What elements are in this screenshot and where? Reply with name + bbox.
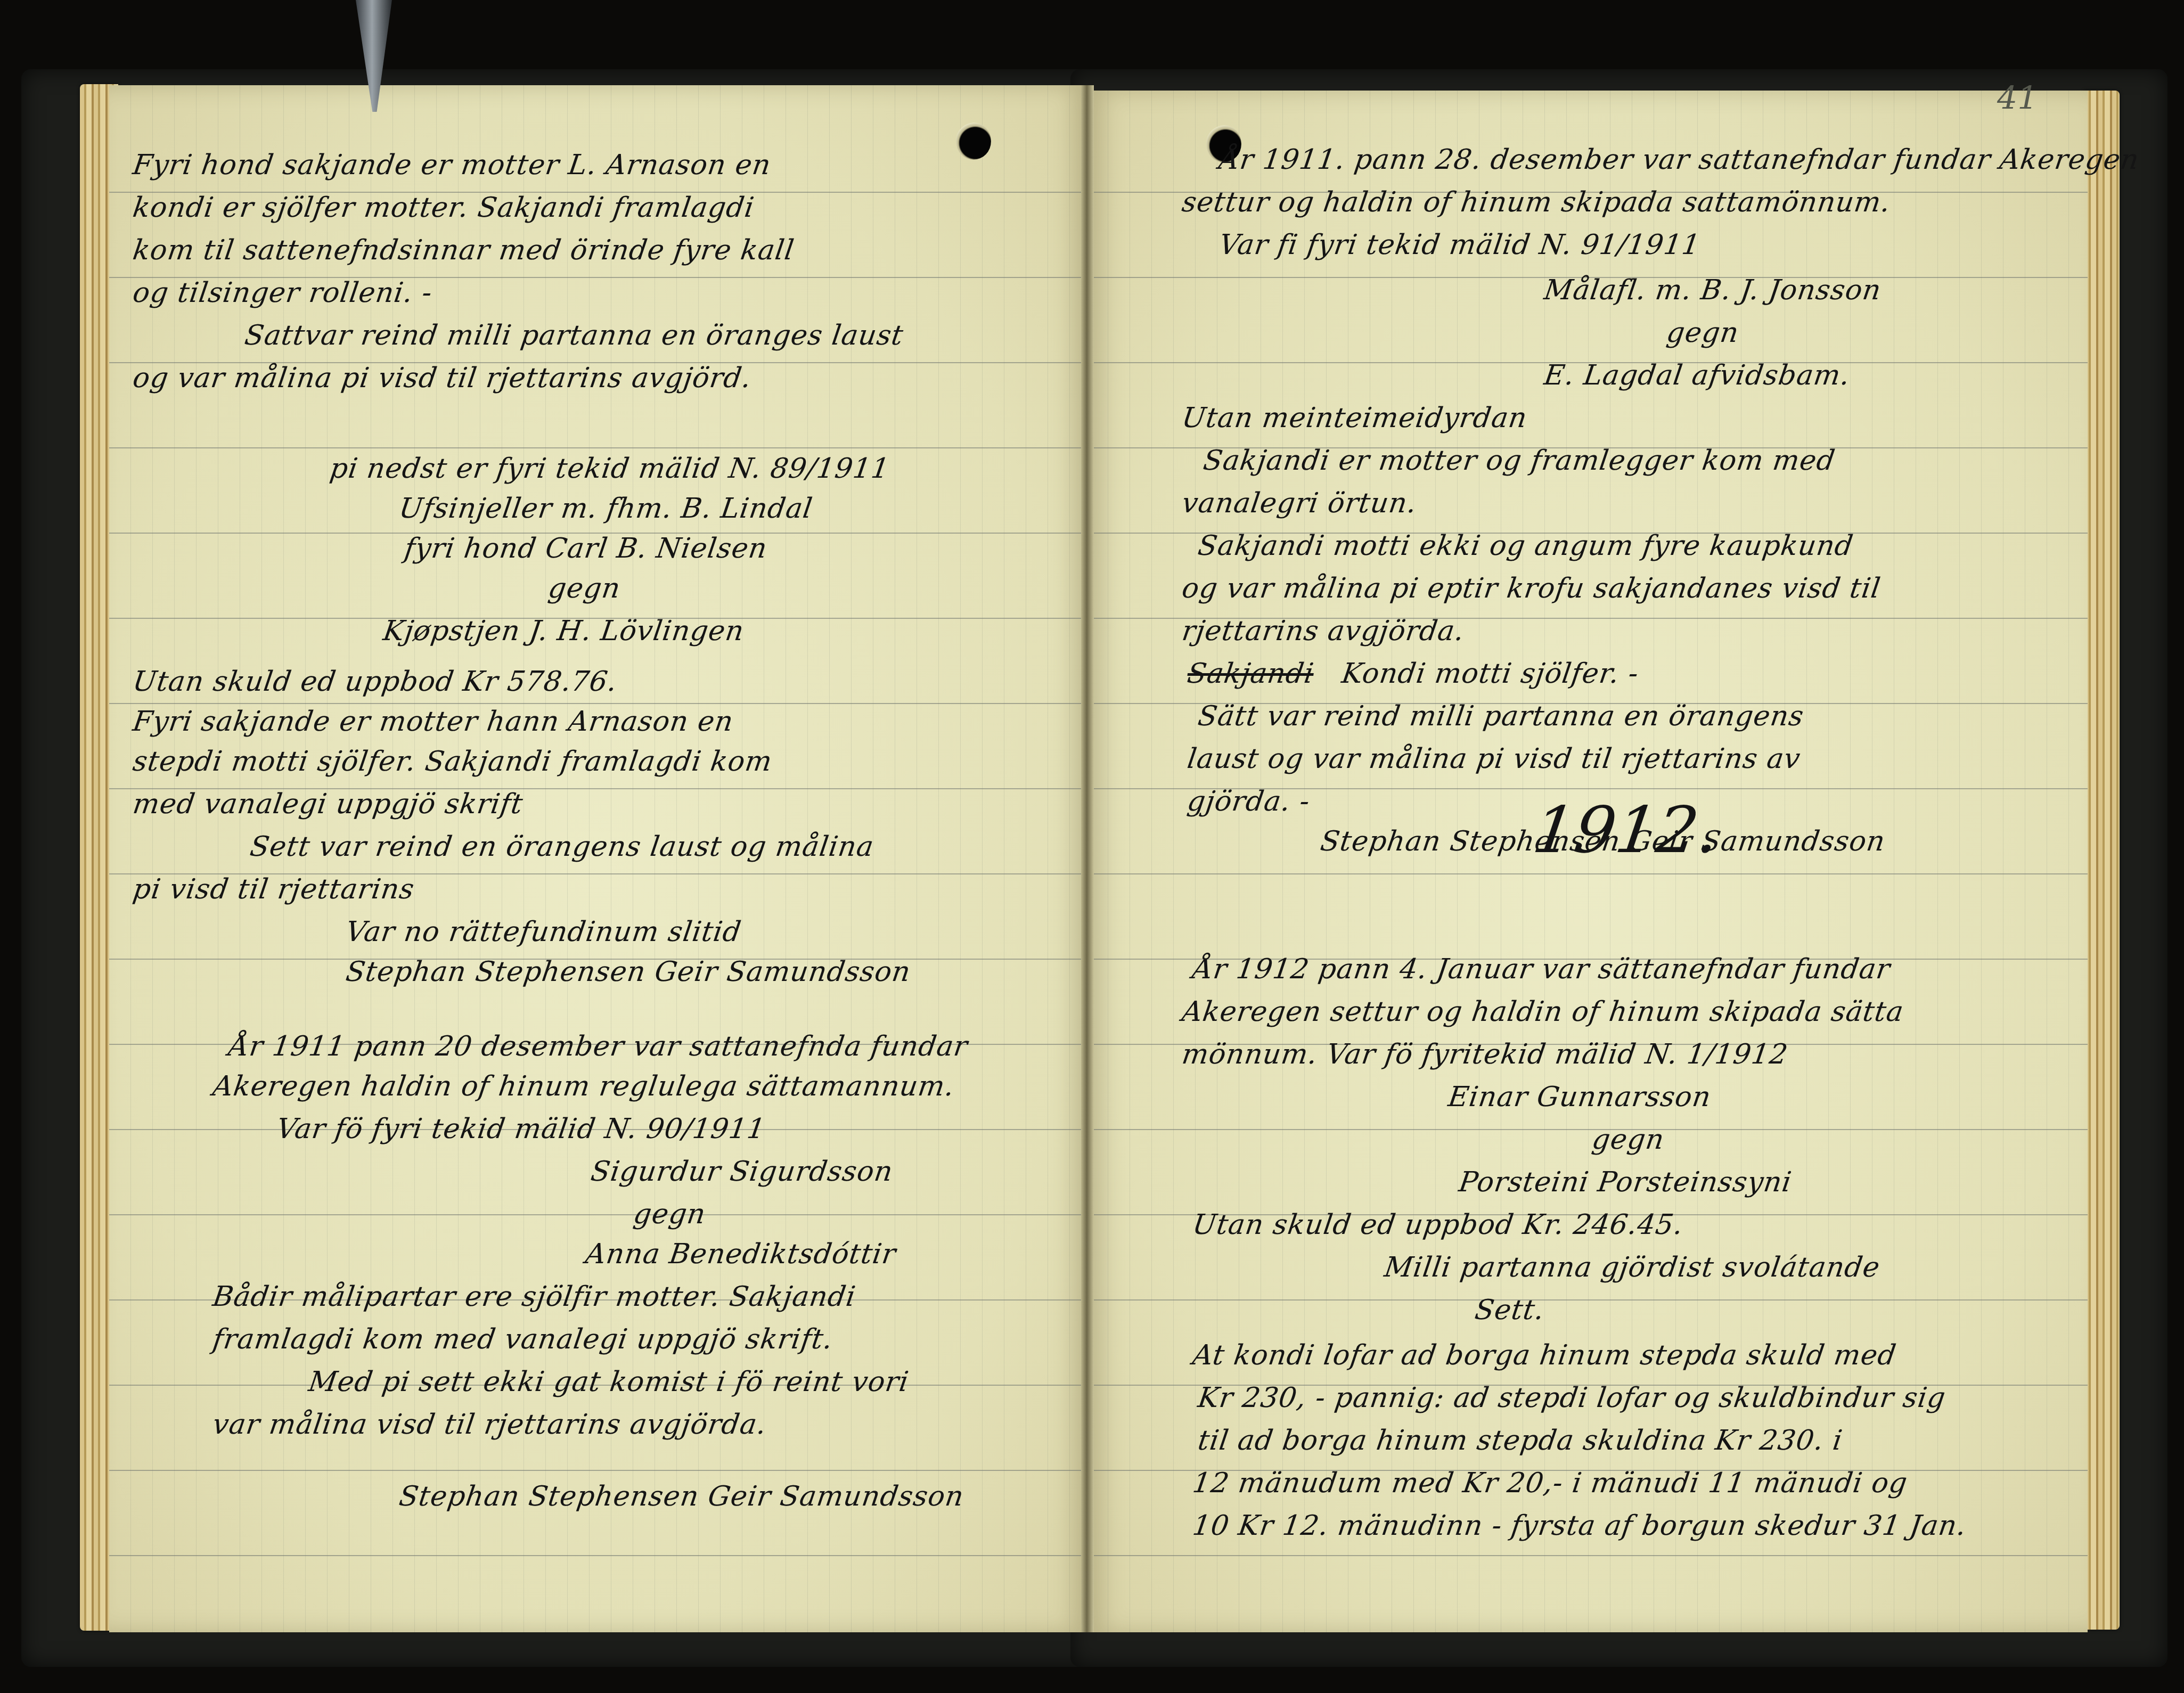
ruled-line xyxy=(109,1470,1089,1471)
ruled-line xyxy=(1086,1555,2088,1556)
handwritten-line: Milli partanna gjördist svolátande xyxy=(1383,1252,1882,1283)
handwritten-line: gegn xyxy=(1590,1124,1666,1156)
page-edges-right xyxy=(2084,91,2120,1630)
handwritten-line: til ad borga hinum stepda skuldina Kr 23… xyxy=(1196,1425,1845,1457)
handwritten-line: gegn xyxy=(632,1198,708,1230)
handwritten-line: Bådir målipartar ere sjölfir motter. Sak… xyxy=(211,1281,858,1313)
handwritten-line: 10 Kr 12. mänudinn - fyrsta af borgun sk… xyxy=(1191,1510,1969,1542)
handwritten-line: Anna Benediktsdóttir xyxy=(584,1238,898,1270)
page-number: 41 xyxy=(1997,80,2038,117)
handwritten-line: kom til sattenefndsinnar med örinde fyre… xyxy=(131,234,796,266)
handwritten-line: var målina visd til rjettarins avgjörda. xyxy=(211,1409,769,1441)
handwritten-line: År 1911 pann 20 desember var sattanefnda… xyxy=(227,1030,970,1062)
ruled-line xyxy=(109,447,1089,448)
punch-hole-left xyxy=(956,122,991,160)
handwritten-line: Sätt var reind milli partanna en örangen… xyxy=(1196,700,1806,732)
ruled-line xyxy=(1086,873,2088,874)
handwritten-line: Målafl. m. B. J. Jonsson xyxy=(1542,274,1884,306)
handwritten-line: Sett. xyxy=(1473,1294,1547,1326)
handwritten-line: rjettarins avgjörda. xyxy=(1180,615,1467,647)
ruled-line xyxy=(1086,1299,2088,1301)
handwritten-line: Einar Gunnarsson xyxy=(1446,1081,1713,1113)
handwritten-line: 12 mänudum med Kr 20,- i mänudi 11 mänud… xyxy=(1191,1467,1910,1499)
handwritten-line: Var fö fyri tekid mälid N. 90/1911 xyxy=(275,1113,768,1145)
handwritten-line: Fyri hond sakjande er motter L. Arnason … xyxy=(131,149,773,181)
handwritten-line: Utan meinteimeidyrdan xyxy=(1180,402,1529,434)
handwritten-line: Kjøpstjen J. H. Lövlingen xyxy=(381,615,746,647)
handwritten-line: Stephan Stephensen Geir Samundsson xyxy=(397,1481,966,1512)
handwritten-line: Sattvar reind milli partanna en öranges … xyxy=(243,320,906,351)
handwritten-line: Kondi motti sjölfer. - xyxy=(1340,658,1641,690)
year-heading: 1912. xyxy=(1528,794,1724,868)
handwritten-line: Porsteini Porsteinssyni xyxy=(1457,1166,1794,1198)
handwritten-line: Var fi fyri tekid mälid N. 91/1911 xyxy=(1217,229,1703,261)
handwritten-line: stepdi motti sjölfer. Sakjandi framlagdi… xyxy=(131,746,774,778)
handwritten-line: kondi er sjölfer motter. Sakjandi framla… xyxy=(131,192,756,224)
handwritten-line: År 1911. pann 28. desember var sattanefn… xyxy=(1217,144,2141,176)
handwritten-line: Akeregen settur og haldin of hinum skipa… xyxy=(1180,996,1906,1028)
handwritten-line: vanalegri örtun. xyxy=(1180,487,1419,519)
handwritten-line: framlagdi kom med vanalegi uppgjö skrift… xyxy=(211,1323,835,1355)
handwritten-line: fyri hond Carl B. Nielsen xyxy=(403,533,770,565)
handwritten-line: År 1912 pann 4. Januar var sättanefndar … xyxy=(1191,953,1893,985)
handwritten-line: At kondi lofar ad borga hinum stepda sku… xyxy=(1191,1339,1899,1371)
handwritten-line: Med pi sett ekki gat komist i fö reint v… xyxy=(307,1366,911,1398)
handwritten-line: Sakjandi er motter og framlegger kom med xyxy=(1201,445,1837,477)
handwritten-line: Akeregen haldin of hinum reglulega sätta… xyxy=(211,1070,956,1102)
handwritten-line: Sakjandi motti ekki og angum fyre kaupku… xyxy=(1196,530,1855,562)
handwritten-line: Ufsinjeller m. fhm. B. Lindal xyxy=(397,493,815,525)
handwritten-line: med vanalegi uppgjö skrift xyxy=(131,788,525,820)
handwritten-line: Utan skuld ed uppbod Kr. 246.45. xyxy=(1191,1209,1686,1241)
handwritten-line: og var målina pi eptir krofu sakjandanes… xyxy=(1180,572,1883,604)
handwritten-line: pi nedst er fyri tekid mälid N. 89/1911 xyxy=(328,453,892,485)
ruled-line xyxy=(1086,1129,2088,1130)
handwritten-line: gegn xyxy=(546,572,623,604)
handwritten-line: gegn xyxy=(1665,317,1741,349)
handwritten-line: laust og var målina pi visd til rjettari… xyxy=(1185,743,1803,775)
handwritten-line: og tilsinger rolleni. - xyxy=(131,277,435,309)
handwritten-line: mönnum. Var fö fyritekid mälid N. 1/1912 xyxy=(1180,1038,1790,1070)
handwritten-line: Fyri sakjande er motter hann Arnason en xyxy=(131,706,735,738)
handwritten-line: Sett var reind en örangens laust og måli… xyxy=(248,831,876,863)
handwritten-line: settur og haldin of hinum skipada sattam… xyxy=(1180,186,1893,218)
book-gutter xyxy=(1081,85,1094,1632)
ruled-line xyxy=(109,1555,1089,1556)
handwritten-line: pi visd til rjettarins xyxy=(131,873,416,905)
ruled-line xyxy=(109,1214,1089,1215)
handwritten-line: Utan skuld ed uppbod Kr 578.76. xyxy=(131,666,619,698)
handwritten-line: Var no rättefundinum slitid xyxy=(344,916,743,948)
handwritten-line: gjörda. - xyxy=(1185,786,1312,817)
handwritten-line: og var målina pi visd til rjettarins avg… xyxy=(131,362,754,394)
handwritten-line: Stephan Stephensen Geir Samundsson xyxy=(344,956,913,988)
handwritten-line: E. Lagdal afvidsbam. xyxy=(1542,359,1852,391)
handwritten-line: Sakjandi xyxy=(1185,658,1316,690)
ruled-line xyxy=(109,703,1089,704)
handwritten-line: Sigurdur Sigurdsson xyxy=(589,1156,895,1188)
handwritten-line: Kr 230, - pannig: ad stepdi lofar og sku… xyxy=(1196,1382,1948,1414)
